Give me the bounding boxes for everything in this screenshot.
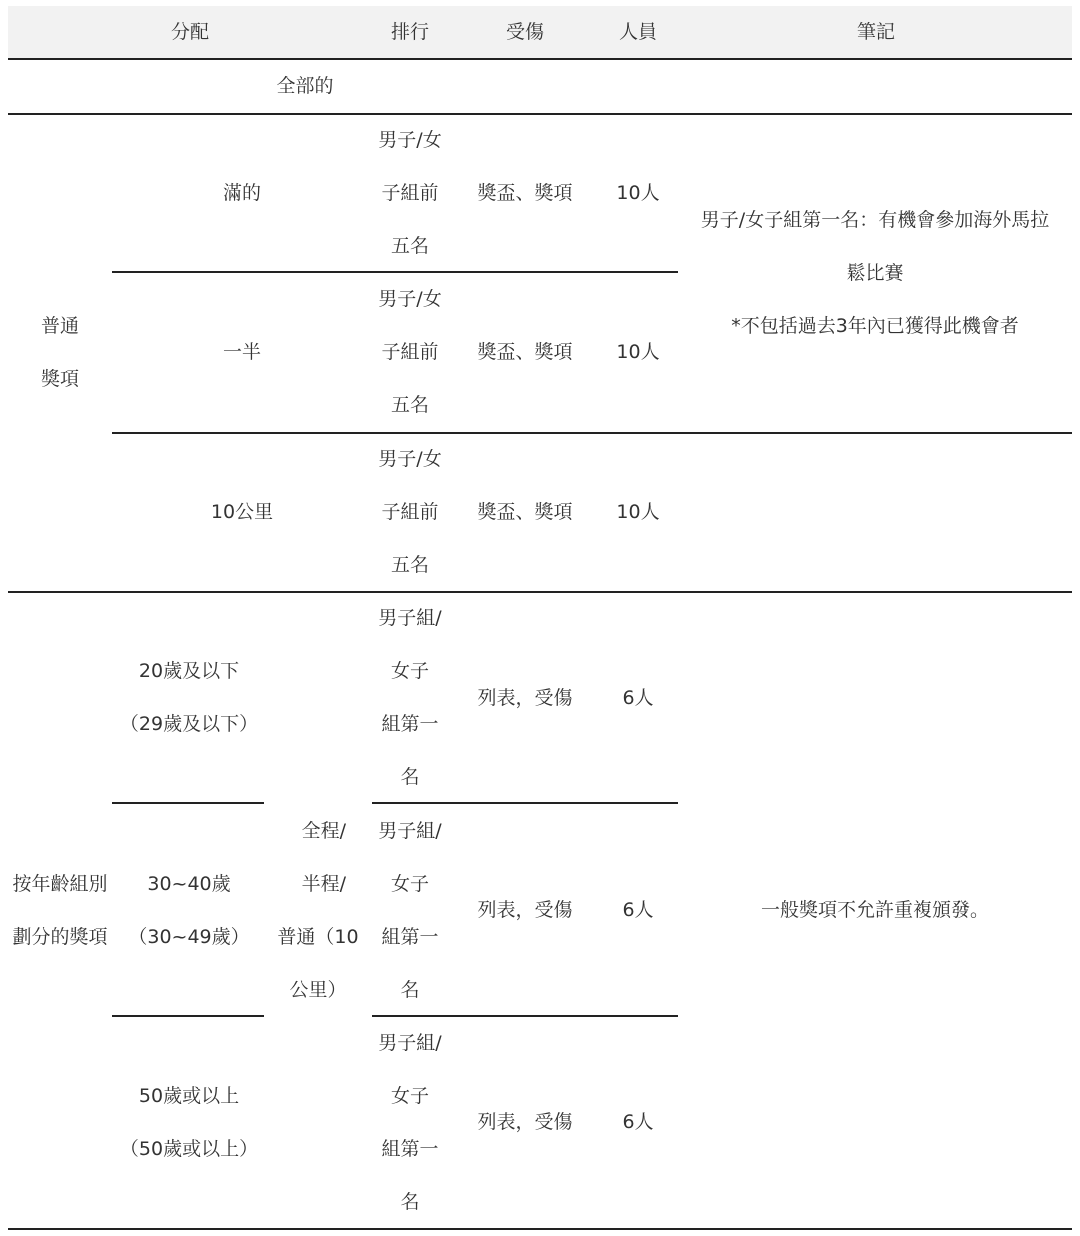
age-row-3-ranking: 男子組/ 女子 組第一 名	[370, 1017, 450, 1228]
age-row-3-age-range: 50歲或以上 （50歲或以上）	[112, 1017, 266, 1228]
general-row-3-personnel: 10人	[598, 434, 678, 591]
general-row-3-injury: 獎盃、獎項	[462, 434, 588, 591]
age-row-3-personnel: 6人	[598, 1017, 678, 1228]
age-row-2-ranking: 男子組/ 女子 組第一 名	[370, 805, 450, 1016]
general-awards-notes: 男子/女子組第一名：有機會參加海外馬拉 鬆比賽 *不包括過去3年內已獲得此機會者	[678, 115, 1072, 432]
general-row-1-personnel: 10人	[598, 115, 678, 272]
table-bottom-rule	[8, 1228, 1072, 1230]
age-row-2-personnel: 6人	[598, 805, 678, 1016]
age-group-awards-category: 按年齡組別 劃分的獎項	[8, 593, 112, 1228]
age-group-distance: 全程/ 半程/ 普通（10 公里）	[268, 593, 368, 1228]
age-row-2-injury: 列表，受傷	[462, 805, 588, 1016]
age-row-1-ranking: 男子組/ 女子 組第一 名	[370, 593, 450, 803]
age-row-2-age-range: 30~40歲 （30~49歲）	[112, 805, 266, 1016]
general-row-2-ranking: 男子/女 子組前 五名	[370, 273, 450, 432]
general-row-2-distance: 一半	[112, 273, 372, 432]
general-row-1-distance: 滿的	[112, 115, 372, 272]
header-personnel: 人員	[598, 6, 678, 58]
general-row-2-injury: 獎盃、獎項	[462, 273, 588, 432]
general-awards-category: 普通 獎項	[8, 115, 112, 591]
general-row-2-personnel: 10人	[598, 273, 678, 432]
age-row-1-age-range: 20歲及以下 （29歲及以下）	[112, 593, 266, 803]
header-notes: 筆記	[680, 6, 1072, 58]
age-row-1-injury: 列表，受傷	[462, 593, 588, 803]
header-injury: 受傷	[470, 6, 580, 58]
age-row-1-personnel: 6人	[598, 593, 678, 803]
header-divider	[8, 58, 1072, 60]
all-row-label: 全部的	[200, 60, 410, 113]
age-row-3-injury: 列表，受傷	[462, 1017, 588, 1228]
age-row-1-divider-left	[112, 802, 264, 804]
age-group-awards-notes: 一般獎項不允許重複頒發。	[678, 593, 1072, 1228]
general-row-1-injury: 獎盃、獎項	[462, 115, 588, 272]
general-row-3-distance: 10公里	[112, 434, 372, 591]
header-allocation: 分配	[110, 6, 270, 58]
general-row-3-ranking: 男子/女 子組前 五名	[370, 434, 450, 591]
general-row-1-ranking: 男子/女 子組前 五名	[370, 115, 450, 272]
header-ranking: 排行	[370, 6, 450, 58]
